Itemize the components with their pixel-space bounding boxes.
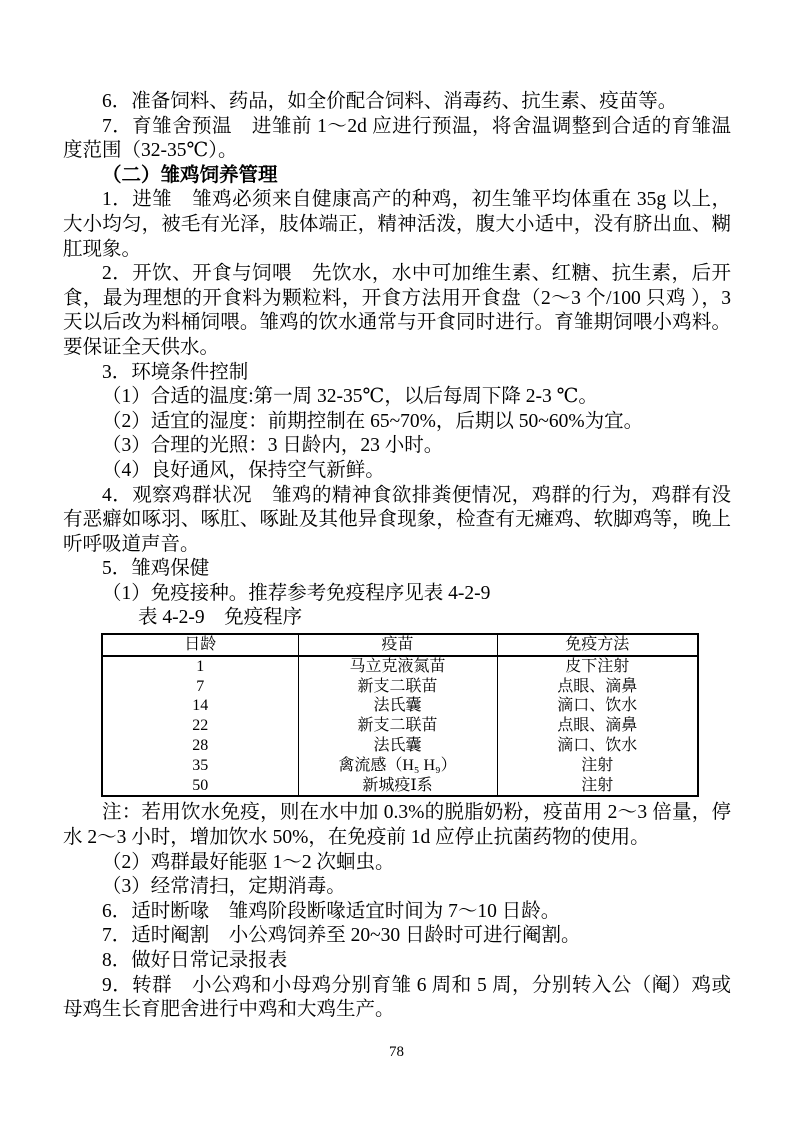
paragraph-item-4-observe-flock: 4．观察鸡群状况 雏鸡的精神食欲排粪便情况，鸡群的行为，鸡群有没有恶癖如啄羽、啄… xyxy=(63,484,731,558)
table-caption: 表 4-2-9 免疫程序 xyxy=(63,606,731,631)
table-row: 7 新支二联苗 点眼、滴鼻 xyxy=(102,677,698,697)
cell-day-age: 14 xyxy=(102,696,298,716)
sub-item-humidity: （2）适宜的湿度：前期控制在 65~70%，后期以 50~60%为宜。 xyxy=(63,410,731,435)
table-row: 22 新支二联苗 点眼、滴鼻 xyxy=(102,716,698,736)
paragraph-item-7-castration: 7．适时阉割 小公鸡饲养至 20~30 日龄时可进行阉割。 xyxy=(63,924,731,949)
cell-day-age: 7 xyxy=(102,677,298,697)
cell-method: 点眼、滴鼻 xyxy=(497,677,698,697)
sub-item-vaccination: （1）免疫接种。推荐参考免疫程序见表 4-2-9 xyxy=(63,582,731,607)
table-row: 35 禽流感（H₅ H₉） 注射 xyxy=(102,756,698,776)
cell-vaccine: 法氏囊 xyxy=(298,736,497,756)
section-heading: （二）雏鸡饲养管理 xyxy=(63,164,731,189)
col-header-vaccine: 疫苗 xyxy=(298,634,497,656)
paragraph-item-9-flock-transfer: 9．转群 小公鸡和小母鸡分别育雏 6 周和 5 周，分别转入公（阉）鸡或母鸡生长… xyxy=(63,974,731,1023)
paragraph-item-3-environment: 3．环境条件控制 xyxy=(63,361,731,386)
paragraph-item-7-preheat: 7．育雏舍预温 进雏前 1～2d 应进行预温，将舍温调整到合适的育雏温度范围（3… xyxy=(63,115,731,164)
immunization-schedule-table: 日龄 疫苗 免疫方法 1 马立克液氮苗 皮下注射 7 新支二联苗 点眼、滴鼻 1… xyxy=(101,633,699,797)
sub-item-cleaning-disinfection: （3）经常清扫，定期消毒。 xyxy=(63,875,731,900)
cell-vaccine: 新支二联苗 xyxy=(298,677,497,697)
table-row: 14 法氏囊 滴口、饮水 xyxy=(102,696,698,716)
cell-day-age: 35 xyxy=(102,756,298,776)
cell-day-age: 50 xyxy=(102,776,298,797)
paragraph-item-1-chick-intake: 1．进雏 雏鸡必须来自健康高产的种鸡，初生雏平均体重在 35g 以上，大小均匀，… xyxy=(63,188,731,262)
col-header-method: 免疫方法 xyxy=(497,634,698,656)
col-header-day-age: 日龄 xyxy=(102,634,298,656)
sub-item-lighting: （3）合理的光照：3 日龄内，23 小时。 xyxy=(63,434,731,459)
table-row: 1 马立克液氮苗 皮下注射 xyxy=(102,656,698,677)
cell-vaccine: 新支二联苗 xyxy=(298,716,497,736)
cell-method: 点眼、滴鼻 xyxy=(497,716,698,736)
paragraph-item-5-healthcare: 5．雏鸡保健 xyxy=(63,557,731,582)
cell-method: 注射 xyxy=(497,776,698,797)
sub-item-deworming: （2）鸡群最好能驱 1～2 次蛔虫。 xyxy=(63,851,731,876)
sub-item-ventilation: （4）良好通风，保持空气新鲜。 xyxy=(63,459,731,484)
paragraph-item-8-daily-records: 8．做好日常记录报表 xyxy=(63,949,731,974)
paragraph-item-6-beak-trimming: 6．适时断喙 雏鸡阶段断喙适宜时间为 7～10 日龄。 xyxy=(63,900,731,925)
cell-vaccine: 新城疫Ⅰ系 xyxy=(298,776,497,797)
cell-day-age: 1 xyxy=(102,656,298,677)
cell-method: 皮下注射 xyxy=(497,656,698,677)
cell-method: 滴口、饮水 xyxy=(497,736,698,756)
cell-method: 注射 xyxy=(497,756,698,776)
table-row: 28 法氏囊 滴口、饮水 xyxy=(102,736,698,756)
sub-item-temperature: （1）合适的温度:第一周 32-35℃，以后每周下降 2-3 ℃。 xyxy=(63,385,731,410)
cell-vaccine: 法氏囊 xyxy=(298,696,497,716)
table-row: 50 新城疫Ⅰ系 注射 xyxy=(102,776,698,797)
cell-vaccine: 马立克液氮苗 xyxy=(298,656,497,677)
cell-day-age: 22 xyxy=(102,716,298,736)
table-header-row: 日龄 疫苗 免疫方法 xyxy=(102,634,698,656)
paragraph-item-2-feeding: 2．开饮、开食与饲喂 先饮水，水中可加维生素、红糖、抗生素，后开食，最为理想的开… xyxy=(63,262,731,360)
cell-day-age: 28 xyxy=(102,736,298,756)
table-note: 注：若用饮水免疫，则在水中加 0.3%的脱脂奶粉，疫苗用 2～3 倍量，停水 2… xyxy=(63,801,731,850)
document-page: 6．准备饲料、药品，如全价配合饲料、消毒药、抗生素、疫苗等。 7．育雏舍预温 进… xyxy=(0,0,793,1122)
cell-method: 滴口、饮水 xyxy=(497,696,698,716)
page-number: 78 xyxy=(0,1044,793,1061)
paragraph-item-6-prepare: 6．准备饲料、药品，如全价配合饲料、消毒药、抗生素、疫苗等。 xyxy=(63,90,731,115)
cell-vaccine: 禽流感（H₅ H₉） xyxy=(298,756,497,776)
